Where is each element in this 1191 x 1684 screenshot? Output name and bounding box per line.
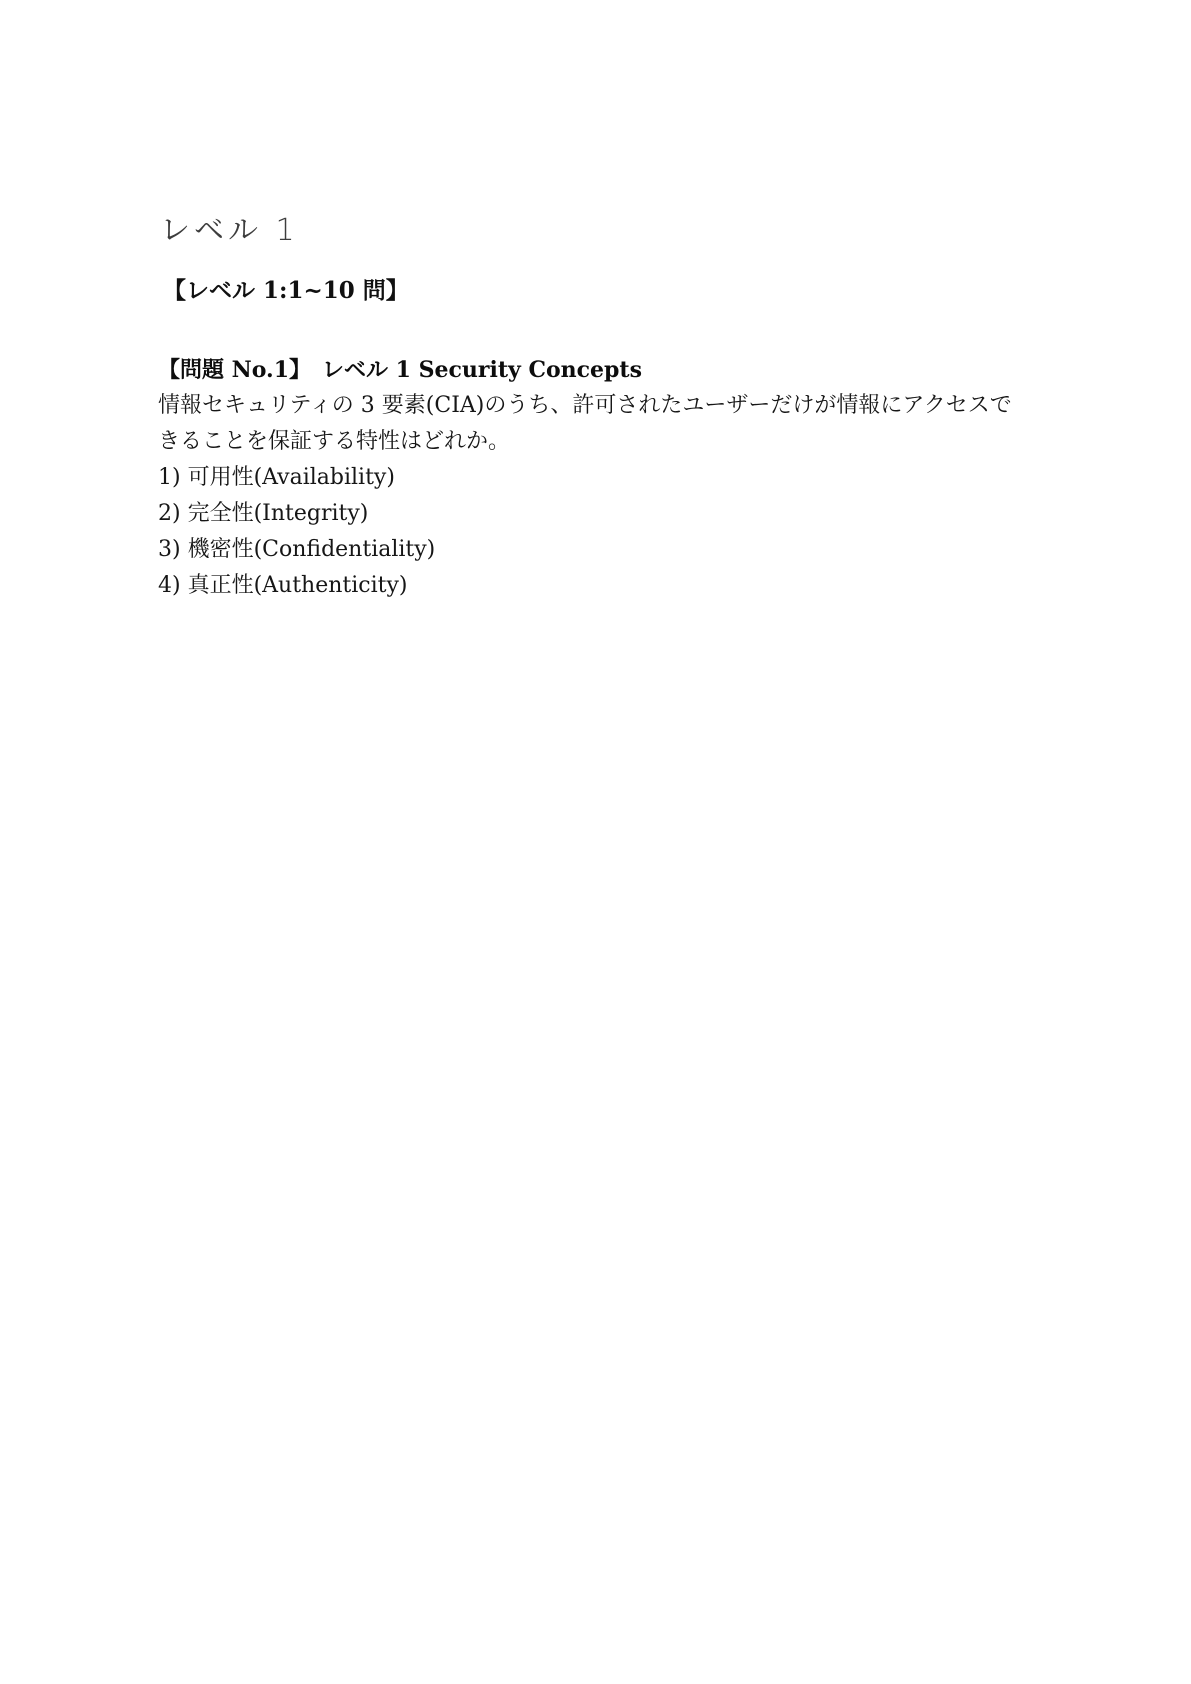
question-header: 【問題 No.1】 レベル 1 Security Concepts (158, 352, 968, 388)
page-title: レベル 1 (160, 212, 299, 250)
document-page: レベル 1 【レベル 1:1~10 問】 【問題 No.1】 レベル 1 Sec… (0, 0, 1191, 1684)
answer-option-2: 2) 完全性(Integrity) (158, 496, 968, 532)
answer-option-3: 3) 機密性(Confidentiality) (158, 532, 968, 568)
answer-option-4: 4) 真正性(Authenticity) (158, 568, 968, 604)
question-body-line-1: 情報セキュリティの 3 要素(CIA)のうち、許可されたユーザーだけが情報にアク… (158, 388, 968, 424)
section-header: 【レベル 1:1~10 問】 (163, 276, 409, 306)
question-body-line-2: きることを保証する特性はどれか。 (158, 424, 968, 460)
question-block: 【問題 No.1】 レベル 1 Security Concepts 情報セキュリ… (158, 352, 968, 604)
answer-option-1: 1) 可用性(Availability) (158, 460, 968, 496)
